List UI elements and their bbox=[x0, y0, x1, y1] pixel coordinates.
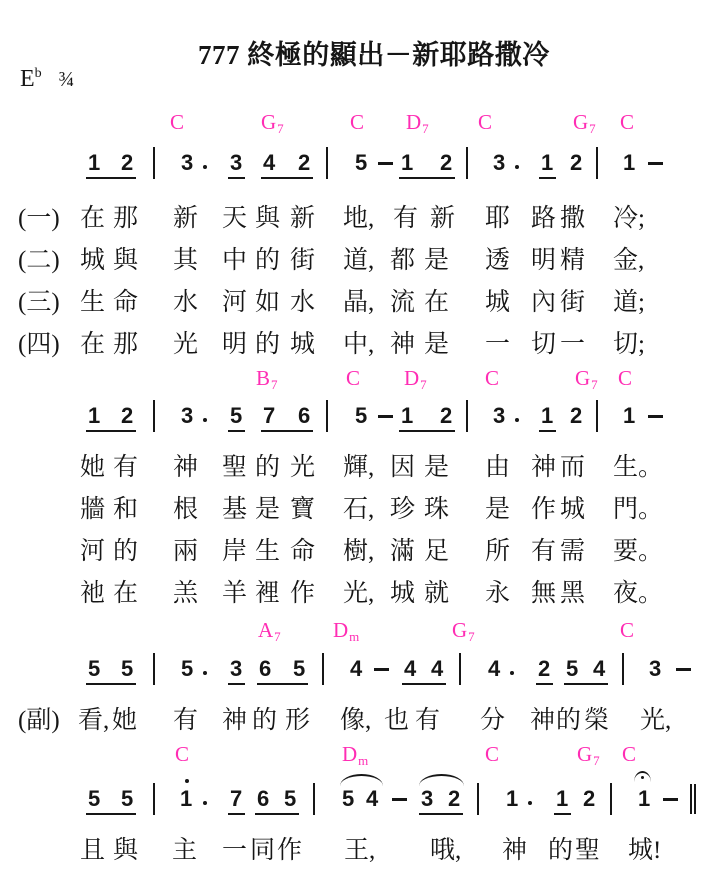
chord-symbol: C bbox=[618, 366, 632, 391]
note-digit: 6 bbox=[259, 656, 271, 682]
lyric-char: 足 bbox=[424, 531, 449, 567]
lyric-char: 她 bbox=[80, 447, 105, 483]
hymn-sheet: 777 終極的顯出－新耶路撒冷 Eb¾ CG7CD7CG7C1233425123… bbox=[0, 0, 704, 891]
barline bbox=[153, 147, 155, 179]
chord-subscript: m bbox=[349, 629, 359, 644]
chord-symbol: G7 bbox=[452, 618, 474, 643]
key-signature: Eb¾ bbox=[20, 66, 74, 93]
chord-root: C bbox=[485, 742, 499, 766]
lyric-char: 而 bbox=[560, 447, 585, 483]
lyric-char: 牆 bbox=[80, 489, 105, 525]
lyric-char: 由 bbox=[485, 447, 510, 483]
lyric-char: 耶 bbox=[485, 198, 510, 234]
barline bbox=[153, 783, 155, 815]
lyric-char: 祂 bbox=[80, 573, 105, 609]
note-digit: 3 bbox=[493, 150, 505, 176]
octave-dot-icon bbox=[185, 779, 189, 783]
lyric-char: 就 bbox=[424, 573, 449, 609]
lyric-char: 城 bbox=[390, 573, 415, 609]
lyric-char: 有 bbox=[415, 700, 440, 736]
lyric-char: 有 bbox=[531, 531, 556, 567]
note-digit: 4 bbox=[350, 656, 362, 682]
note-digit: 5 bbox=[88, 656, 100, 682]
barline bbox=[326, 400, 328, 432]
note-digit: 5 bbox=[355, 150, 367, 176]
note-digit: 6 bbox=[298, 403, 310, 429]
duration-dash bbox=[676, 668, 691, 671]
barline bbox=[153, 400, 155, 432]
lyric-char: 一 bbox=[560, 324, 585, 360]
chord-root: D bbox=[333, 618, 348, 642]
chord-root: D bbox=[404, 366, 419, 390]
beam-line bbox=[399, 430, 455, 432]
chord-symbol: C bbox=[346, 366, 360, 391]
note-digit: 2 bbox=[121, 403, 133, 429]
lyric-char: 夜。 bbox=[613, 573, 663, 609]
lyric-char: 的 bbox=[255, 447, 280, 483]
lyric-char: 作 bbox=[277, 830, 302, 866]
chord-root: C bbox=[350, 110, 364, 134]
lyric-char: 也 bbox=[384, 700, 409, 736]
dotted-note-dot bbox=[528, 801, 532, 805]
note-digit: 5 bbox=[88, 786, 100, 812]
time-signature: ¾ bbox=[59, 67, 75, 91]
note-digit: 5 bbox=[293, 656, 305, 682]
duration-dash bbox=[648, 415, 663, 418]
note-digit: 4 bbox=[431, 656, 443, 682]
lyric-char: 明 bbox=[222, 324, 247, 360]
chord-subscript: 7 bbox=[271, 377, 278, 392]
note-digit: 3 bbox=[230, 150, 242, 176]
lyric-char: 生。 bbox=[613, 447, 663, 483]
lyric-char: 的 bbox=[556, 700, 581, 736]
lyric-char: 是 bbox=[424, 240, 449, 276]
note-digit: 1 bbox=[623, 403, 635, 429]
chord-symbol: Dm bbox=[342, 742, 367, 767]
flat-accidental: b bbox=[35, 66, 42, 81]
note-digit: 2 bbox=[538, 656, 550, 682]
page-title: 777 終極的顯出－新耶路撒冷 bbox=[198, 33, 550, 72]
lyric-char: 裡 bbox=[255, 573, 280, 609]
fermata-icon bbox=[641, 776, 644, 779]
note-digit: 1 bbox=[88, 150, 100, 176]
note-digit: 3 bbox=[181, 403, 193, 429]
lyric-char: 作 bbox=[290, 573, 315, 609]
chord-root: A bbox=[258, 618, 273, 642]
lyric-char: 與 bbox=[255, 198, 280, 234]
lyric-char: 城! bbox=[628, 830, 661, 866]
lyric-char: 根 bbox=[173, 489, 198, 525]
lyric-char: 神 bbox=[173, 447, 198, 483]
lyric-char: 一 bbox=[485, 324, 510, 360]
lyric-char: 在 bbox=[80, 324, 105, 360]
note-digit: 2 bbox=[440, 403, 452, 429]
note-digit: 5 bbox=[181, 656, 193, 682]
duration-dash bbox=[648, 162, 663, 165]
dotted-note-dot bbox=[203, 165, 207, 169]
dotted-note-dot bbox=[510, 671, 514, 675]
chord-root: C bbox=[620, 618, 634, 642]
key-letter: E bbox=[20, 66, 35, 92]
lyric-char: 城 bbox=[560, 489, 585, 525]
beam-line bbox=[86, 683, 136, 685]
chord-symbol: C bbox=[478, 110, 492, 135]
lyric-char: 街 bbox=[560, 282, 585, 318]
lyric-char: 她 bbox=[112, 700, 137, 736]
lyric-char: 的 bbox=[255, 240, 280, 276]
lyric-char: 神 bbox=[390, 324, 415, 360]
note-digit: 2 bbox=[570, 403, 582, 429]
chord-subscript: 7 bbox=[591, 377, 598, 392]
chord-symbol: C bbox=[485, 366, 499, 391]
lyric-char: 生 bbox=[255, 531, 280, 567]
lyric-char: 的 bbox=[252, 700, 277, 736]
verse-label: (二) bbox=[18, 240, 60, 276]
lyric-char: 水 bbox=[290, 282, 315, 318]
chord-root: D bbox=[342, 742, 357, 766]
lyric-char: 一 bbox=[222, 830, 247, 866]
chord-symbol: G7 bbox=[261, 110, 283, 135]
barline bbox=[622, 653, 624, 685]
lyric-char: 那 bbox=[113, 198, 138, 234]
lyric-char: 的 bbox=[113, 531, 138, 567]
chord-symbol: B7 bbox=[256, 366, 277, 391]
chord-root: G bbox=[573, 110, 588, 134]
barline bbox=[326, 147, 328, 179]
lyric-char: 形 bbox=[285, 700, 310, 736]
note-digit: 1 bbox=[541, 150, 553, 176]
chord-root: C bbox=[346, 366, 360, 390]
dotted-note-dot bbox=[515, 165, 519, 169]
lyric-char: 神 bbox=[222, 700, 247, 736]
lyric-char: 作 bbox=[531, 489, 556, 525]
beam-line bbox=[554, 813, 571, 815]
lyric-char: 都 bbox=[390, 240, 415, 276]
lyric-char: 晶, bbox=[343, 282, 374, 318]
chord-symbol: G7 bbox=[577, 742, 599, 767]
barline bbox=[322, 653, 324, 685]
barline bbox=[610, 783, 612, 815]
lyric-char: 光, bbox=[640, 700, 671, 736]
lyric-char: 石, bbox=[343, 489, 374, 525]
beam-line bbox=[402, 683, 446, 685]
chord-subscript: 7 bbox=[422, 121, 429, 136]
barline bbox=[313, 783, 315, 815]
lyric-char: 無 bbox=[531, 573, 556, 609]
note-digit: 5 bbox=[230, 403, 242, 429]
lyric-char: 和 bbox=[113, 489, 138, 525]
barline bbox=[459, 653, 461, 685]
lyric-char: 主 bbox=[172, 830, 197, 866]
note-digit: 1 bbox=[638, 786, 650, 812]
verse-label: (一) bbox=[18, 198, 60, 234]
lyric-char: 其 bbox=[173, 240, 198, 276]
lyric-char: 城 bbox=[290, 324, 315, 360]
chord-root: C bbox=[622, 742, 636, 766]
lyric-char: 切; bbox=[613, 324, 645, 360]
barline bbox=[596, 147, 598, 179]
lyric-char: 中, bbox=[343, 324, 374, 360]
slur-arc bbox=[340, 774, 383, 786]
lyric-char: 是 bbox=[255, 489, 280, 525]
note-digit: 5 bbox=[566, 656, 578, 682]
note-digit: 3 bbox=[649, 656, 661, 682]
lyric-char: 兩 bbox=[173, 531, 198, 567]
lyric-char: 撒 bbox=[560, 198, 585, 234]
note-digit: 5 bbox=[284, 786, 296, 812]
lyric-char: 哦, bbox=[430, 830, 461, 866]
lyric-char: 與 bbox=[113, 830, 138, 866]
chord-root: D bbox=[406, 110, 421, 134]
note-digit: 4 bbox=[366, 786, 378, 812]
lyric-char: 光 bbox=[173, 324, 198, 360]
note-digit: 4 bbox=[593, 656, 605, 682]
lyric-char: 王, bbox=[344, 830, 375, 866]
note-digit: 5 bbox=[121, 656, 133, 682]
beam-line bbox=[257, 683, 308, 685]
chord-root: C bbox=[618, 366, 632, 390]
beam-line bbox=[86, 813, 136, 815]
lyric-char: 金, bbox=[613, 240, 644, 276]
note-digit: 6 bbox=[257, 786, 269, 812]
lyric-char: 有 bbox=[173, 700, 198, 736]
dotted-note-dot bbox=[203, 418, 207, 422]
lyric-char: 神 bbox=[530, 700, 555, 736]
lyric-char: 是 bbox=[424, 324, 449, 360]
lyric-char: 有 bbox=[393, 198, 418, 234]
beam-line bbox=[261, 430, 313, 432]
chord-subscript: 7 bbox=[589, 121, 596, 136]
duration-dash bbox=[378, 162, 393, 165]
lyric-char: 內 bbox=[531, 282, 556, 318]
note-digit: 3 bbox=[230, 656, 242, 682]
final-barline bbox=[694, 784, 696, 814]
lyric-char: 是 bbox=[424, 447, 449, 483]
note-digit: 1 bbox=[180, 786, 192, 812]
barline bbox=[596, 400, 598, 432]
lyric-char: 像, bbox=[340, 700, 371, 736]
beam-line bbox=[564, 683, 608, 685]
dotted-note-dot bbox=[515, 418, 519, 422]
lyric-char: 城 bbox=[485, 282, 510, 318]
chord-root: C bbox=[485, 366, 499, 390]
lyric-char: 切 bbox=[531, 324, 556, 360]
chord-symbol: C bbox=[350, 110, 364, 135]
note-digit: 5 bbox=[342, 786, 354, 812]
lyric-char: 河 bbox=[80, 531, 105, 567]
chord-subscript: 7 bbox=[593, 753, 600, 768]
lyric-char: 冷; bbox=[613, 198, 645, 234]
duration-dash bbox=[392, 798, 407, 801]
lyric-char: 新 bbox=[430, 198, 455, 234]
lyric-char: 在 bbox=[113, 573, 138, 609]
lyric-char: 流 bbox=[390, 282, 415, 318]
chord-symbol: G7 bbox=[573, 110, 595, 135]
lyric-char: 聖 bbox=[575, 830, 600, 866]
lyric-char: 道, bbox=[343, 240, 374, 276]
chord-symbol: Dm bbox=[333, 618, 358, 643]
verse-label: (副) bbox=[18, 700, 60, 736]
lyric-char: 同 bbox=[250, 830, 275, 866]
chord-root: B bbox=[256, 366, 270, 390]
chord-root: G bbox=[452, 618, 467, 642]
lyric-char: 命 bbox=[113, 282, 138, 318]
beam-line bbox=[228, 813, 245, 815]
beam-line bbox=[261, 177, 313, 179]
note-digit: 1 bbox=[556, 786, 568, 812]
lyric-char: 明 bbox=[531, 240, 556, 276]
beam-line bbox=[539, 177, 556, 179]
note-digit: 3 bbox=[421, 786, 433, 812]
lyric-char: 永 bbox=[485, 573, 510, 609]
lyric-char: 是 bbox=[485, 489, 510, 525]
note-digit: 4 bbox=[263, 150, 275, 176]
lyric-char: 需 bbox=[560, 531, 585, 567]
lyric-char: 的 bbox=[548, 830, 573, 866]
lyric-char: 在 bbox=[80, 198, 105, 234]
lyric-char: 樹, bbox=[343, 531, 374, 567]
beam-line bbox=[419, 813, 463, 815]
note-digit: 3 bbox=[181, 150, 193, 176]
lyric-char: 寶 bbox=[290, 489, 315, 525]
chord-symbol: C bbox=[485, 742, 499, 767]
lyric-char: 且 bbox=[80, 830, 105, 866]
note-digit: 2 bbox=[298, 150, 310, 176]
lyric-char: 岸 bbox=[222, 531, 247, 567]
note-digit: 2 bbox=[583, 786, 595, 812]
lyric-char: 基 bbox=[222, 489, 247, 525]
lyric-char: 黑 bbox=[560, 573, 585, 609]
beam-line bbox=[255, 813, 299, 815]
note-digit: 1 bbox=[88, 403, 100, 429]
lyric-char: 在 bbox=[424, 282, 449, 318]
note-digit: 2 bbox=[440, 150, 452, 176]
note-digit: 2 bbox=[570, 150, 582, 176]
lyric-char: 聖 bbox=[222, 447, 247, 483]
chord-root: C bbox=[170, 110, 184, 134]
chord-symbol: G7 bbox=[575, 366, 597, 391]
lyric-char: 路 bbox=[531, 198, 556, 234]
lyric-char: 有 bbox=[113, 447, 138, 483]
lyric-char: 輝, bbox=[343, 447, 374, 483]
lyric-char: 街 bbox=[290, 240, 315, 276]
chord-subscript: 7 bbox=[277, 121, 284, 136]
note-digit: 2 bbox=[121, 150, 133, 176]
chord-symbol: D7 bbox=[406, 110, 428, 135]
beam-line bbox=[399, 177, 455, 179]
verse-label: (三) bbox=[18, 282, 60, 318]
chord-subscript: m bbox=[358, 753, 368, 768]
note-digit: 1 bbox=[401, 403, 413, 429]
beam-line bbox=[539, 430, 556, 432]
barline bbox=[466, 147, 468, 179]
lyric-char: 光, bbox=[343, 573, 374, 609]
beam-line bbox=[86, 430, 136, 432]
chord-subscript: 7 bbox=[420, 377, 427, 392]
note-digit: 5 bbox=[121, 786, 133, 812]
chord-root: G bbox=[261, 110, 276, 134]
lyric-char: 地, bbox=[343, 198, 374, 234]
verse-label: (四) bbox=[18, 324, 60, 360]
chord-symbol: A7 bbox=[258, 618, 280, 643]
duration-dash bbox=[374, 668, 389, 671]
lyric-char: 門。 bbox=[613, 489, 663, 525]
barline bbox=[477, 783, 479, 815]
beam-line bbox=[228, 683, 245, 685]
lyric-char: 新 bbox=[173, 198, 198, 234]
chord-symbol: C bbox=[620, 110, 634, 135]
lyric-char: 與 bbox=[113, 240, 138, 276]
lyric-char: 滿 bbox=[390, 531, 415, 567]
duration-dash bbox=[663, 798, 678, 801]
lyric-char: 天 bbox=[222, 198, 247, 234]
chord-symbol: C bbox=[620, 618, 634, 643]
lyric-char: 河 bbox=[222, 282, 247, 318]
chord-root: G bbox=[575, 366, 590, 390]
duration-dash bbox=[378, 415, 393, 418]
barline bbox=[466, 400, 468, 432]
dotted-note-dot bbox=[203, 671, 207, 675]
lyric-char: 分 bbox=[480, 700, 505, 736]
beam-line bbox=[536, 683, 553, 685]
lyric-char: 神 bbox=[502, 830, 527, 866]
note-digit: 1 bbox=[541, 403, 553, 429]
chord-subscript: 7 bbox=[274, 629, 281, 644]
lyric-char: 新 bbox=[290, 198, 315, 234]
lyric-char: 那 bbox=[113, 324, 138, 360]
note-digit: 7 bbox=[230, 786, 242, 812]
note-digit: 1 bbox=[623, 150, 635, 176]
chord-root: G bbox=[577, 742, 592, 766]
chord-symbol: C bbox=[170, 110, 184, 135]
lyric-char: 看, bbox=[78, 700, 109, 736]
lyric-char: 生 bbox=[80, 282, 105, 318]
chord-symbol: C bbox=[622, 742, 636, 767]
barline bbox=[153, 653, 155, 685]
beam-line bbox=[228, 430, 245, 432]
lyric-char: 要。 bbox=[613, 531, 663, 567]
chord-symbol: C bbox=[175, 742, 189, 767]
lyric-char: 光 bbox=[290, 447, 315, 483]
lyric-char: 水 bbox=[173, 282, 198, 318]
lyric-char: 因 bbox=[390, 447, 415, 483]
chord-root: C bbox=[620, 110, 634, 134]
lyric-char: 羊 bbox=[222, 573, 247, 609]
chord-symbol: D7 bbox=[404, 366, 426, 391]
note-digit: 1 bbox=[506, 786, 518, 812]
note-digit: 5 bbox=[355, 403, 367, 429]
lyric-char: 道; bbox=[613, 282, 645, 318]
note-digit: 7 bbox=[263, 403, 275, 429]
lyric-char: 羔 bbox=[173, 573, 198, 609]
lyric-char: 命 bbox=[290, 531, 315, 567]
lyric-char: 如 bbox=[255, 282, 280, 318]
lyric-char: 榮 bbox=[584, 700, 609, 736]
lyric-char: 精 bbox=[560, 240, 585, 276]
note-digit: 3 bbox=[493, 403, 505, 429]
beam-line bbox=[86, 177, 136, 179]
chord-subscript: 7 bbox=[468, 629, 475, 644]
lyric-char: 中 bbox=[222, 240, 247, 276]
slur-arc bbox=[419, 774, 464, 786]
dotted-note-dot bbox=[203, 801, 207, 805]
lyric-char: 的 bbox=[255, 324, 280, 360]
note-digit: 4 bbox=[404, 656, 416, 682]
lyric-char: 珠 bbox=[424, 489, 449, 525]
lyric-char: 神 bbox=[531, 447, 556, 483]
lyric-char: 所 bbox=[485, 531, 510, 567]
chord-root: C bbox=[478, 110, 492, 134]
